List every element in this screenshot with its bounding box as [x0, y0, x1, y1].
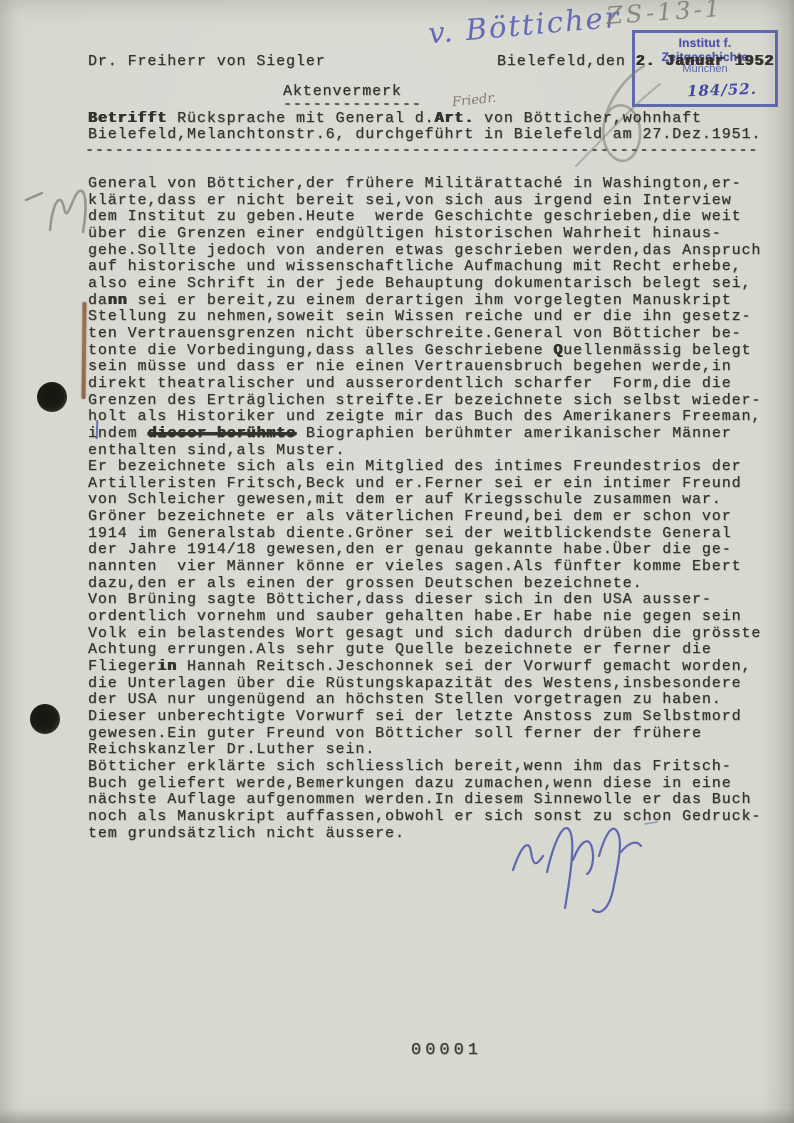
margin-emphasis-line	[81, 302, 86, 399]
body-text: General von Bötticher,der frühere Militä…	[88, 176, 776, 842]
registry-number: 184/52.	[687, 80, 757, 100]
handwritten-name-annotation: v. Bötticher	[427, 0, 622, 50]
page-number: 00001	[411, 1043, 482, 1060]
paper-bottom-edge	[0, 1109, 794, 1123]
archive-signature-annotation: ZS-13-1	[605, 0, 724, 30]
sender-line: Dr. Freiherr von Siegler	[88, 54, 326, 71]
hole-punch-bottom	[30, 704, 60, 734]
handwritten-first-name-insert: Friedr.	[451, 91, 497, 111]
signature	[495, 812, 665, 927]
place-date-line: Bielefeld,den 2. Januar 1952	[497, 54, 774, 71]
separator-dashes: ----------------------------------------…	[85, 143, 758, 160]
hole-punch-top	[37, 382, 67, 412]
scanned-document-page: v. Bötticher ZS-13-1 Institut f. Zeitges…	[0, 0, 794, 1123]
pencil-margin-mark	[20, 170, 98, 245]
